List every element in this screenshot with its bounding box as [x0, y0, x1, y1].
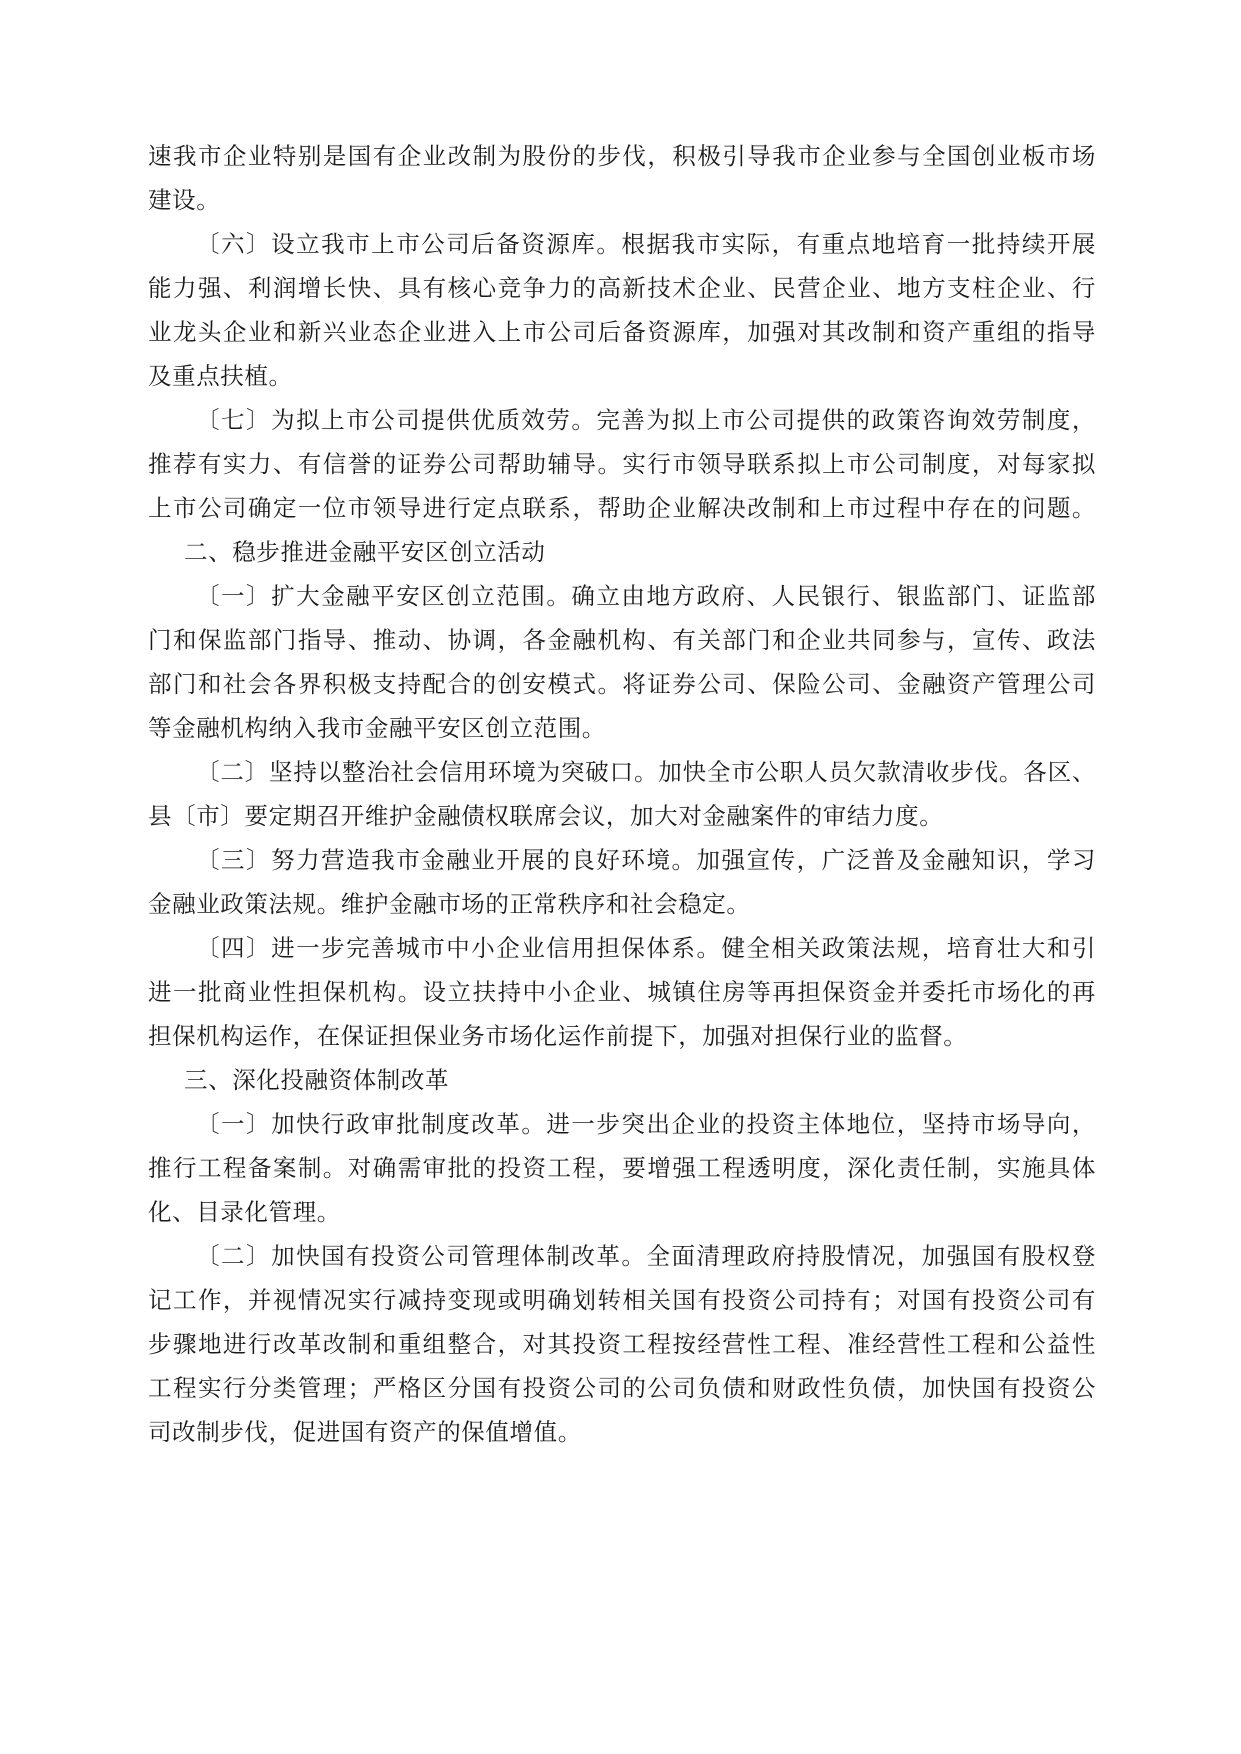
- text-line: 部门和社会各界积极支持配合的创安模式。将证券公司、保险公司、金融资产管理公司: [148, 662, 1096, 706]
- paragraph-3-1: 〔一〕加快行政审批制度改革。进一步突出企业的投资主体地位，坚持市场导向， 推行工…: [148, 1102, 1096, 1234]
- text-line: 步骤地进行改革改制和重组整合，对其投资工程按经营性工程、准经营性工程和公益性: [148, 1322, 1096, 1366]
- paragraph-item-7: 〔七〕为拟上市公司提供优质效劳。完善为拟上市公司提供的政策咨询效劳制度， 推荐有…: [148, 398, 1096, 530]
- paragraph-2-2: 〔二〕坚持以整治社会信用环境为突破口。加快全市公职人员欠款清收步伐。各区、 县〔…: [148, 750, 1096, 838]
- text-line: 门和保监部门指导、推动、协调，各金融机构、有关部门和企业共同参与，宣传、政法: [148, 618, 1096, 662]
- text-line: 〔三〕努力营造我市金融业开展的良好环境。加强宣传，广泛普及金融知识，学习: [148, 838, 1096, 882]
- text-line: 业龙头企业和新兴业态企业进入上市公司后备资源库，加强对其改制和资产重组的指导: [148, 310, 1096, 354]
- paragraph-2-1: 〔一〕扩大金融平安区创立范围。确立由地方政府、人民银行、银监部门、证监部 门和保…: [148, 574, 1096, 750]
- text-line: 速我市企业特别是国有企业改制为股份的步伐，积极引导我市企业参与全国创业板市场: [148, 134, 1096, 178]
- text-line: 〔二〕坚持以整治社会信用环境为突破口。加快全市公职人员欠款清收步伐。各区、: [148, 750, 1096, 794]
- text-line: 推荐有实力、有信誉的证券公司帮助辅导。实行市领导联系拟上市公司制度，对每家拟: [148, 442, 1096, 486]
- text-line: 〔四〕进一步完善城市中小企业信用担保体系。健全相关政策法规，培育壮大和引: [148, 926, 1096, 970]
- section-heading: 三、深化投融资体制改革: [148, 1058, 1096, 1102]
- paragraph-3-2: 〔二〕加快国有投资公司管理体制改革。全面清理政府持股情况，加强国有股权登 记工作…: [148, 1234, 1096, 1454]
- section-heading-2: 二、稳步推进金融平安区创立活动: [148, 530, 1096, 574]
- text-line: 进一批商业性担保机构。设立扶持中小企业、城镇住房等再担保资金并委托市场化的再: [148, 970, 1096, 1014]
- text-line: 能力强、利润增长快、具有核心竞争力的高新技术企业、民营企业、地方支柱企业、行: [148, 266, 1096, 310]
- text-line: 工程实行分类管理；严格区分国有投资公司的公司负债和财政性负债，加快国有投资公: [148, 1366, 1096, 1410]
- paragraph-item-6: 〔六〕设立我市上市公司后备资源库。根据我市实际，有重点地培育一批持续开展 能力强…: [148, 222, 1096, 398]
- text-line: 司改制步伐，促进国有资产的保值增值。: [148, 1410, 1096, 1454]
- text-line: 及重点扶植。: [148, 354, 1096, 398]
- text-line: 等金融机构纳入我市金融平安区创立范围。: [148, 706, 1096, 750]
- text-line: 化、目录化管理。: [148, 1190, 1096, 1234]
- text-line: 〔一〕扩大金融平安区创立范围。确立由地方政府、人民银行、银监部门、证监部: [148, 574, 1096, 618]
- text-line: 金融业政策法规。维护金融市场的正常秩序和社会稳定。: [148, 882, 1096, 926]
- document-page: 速我市企业特别是国有企业改制为股份的步伐，积极引导我市企业参与全国创业板市场 建…: [148, 134, 1096, 1454]
- text-line: 县〔市〕要定期召开维护金融债权联席会议，加大对金融案件的审结力度。: [148, 794, 1096, 838]
- paragraph-continuation: 速我市企业特别是国有企业改制为股份的步伐，积极引导我市企业参与全国创业板市场 建…: [148, 134, 1096, 222]
- paragraph-2-4: 〔四〕进一步完善城市中小企业信用担保体系。健全相关政策法规，培育壮大和引 进一批…: [148, 926, 1096, 1058]
- text-line: 〔二〕加快国有投资公司管理体制改革。全面清理政府持股情况，加强国有股权登: [148, 1234, 1096, 1278]
- text-line: 〔一〕加快行政审批制度改革。进一步突出企业的投资主体地位，坚持市场导向，: [148, 1102, 1096, 1146]
- text-line: 〔六〕设立我市上市公司后备资源库。根据我市实际，有重点地培育一批持续开展: [148, 222, 1096, 266]
- paragraph-2-3: 〔三〕努力营造我市金融业开展的良好环境。加强宣传，广泛普及金融知识，学习 金融业…: [148, 838, 1096, 926]
- section-heading: 二、稳步推进金融平安区创立活动: [148, 530, 1096, 574]
- text-line: 推行工程备案制。对确需审批的投资工程，要增强工程透明度，深化责任制，实施具体: [148, 1146, 1096, 1190]
- text-line: 〔七〕为拟上市公司提供优质效劳。完善为拟上市公司提供的政策咨询效劳制度，: [148, 398, 1096, 442]
- text-line: 上市公司确定一位市领导进行定点联系，帮助企业解决改制和上市过程中存在的问题。: [148, 486, 1096, 530]
- text-line: 记工作，并视情况实行减持变现或明确划转相关国有投资公司持有；对国有投资公司有: [148, 1278, 1096, 1322]
- text-line: 担保机构运作，在保证担保业务市场化运作前提下，加强对担保行业的监督。: [148, 1014, 1096, 1058]
- text-line: 建设。: [148, 178, 1096, 222]
- section-heading-3: 三、深化投融资体制改革: [148, 1058, 1096, 1102]
